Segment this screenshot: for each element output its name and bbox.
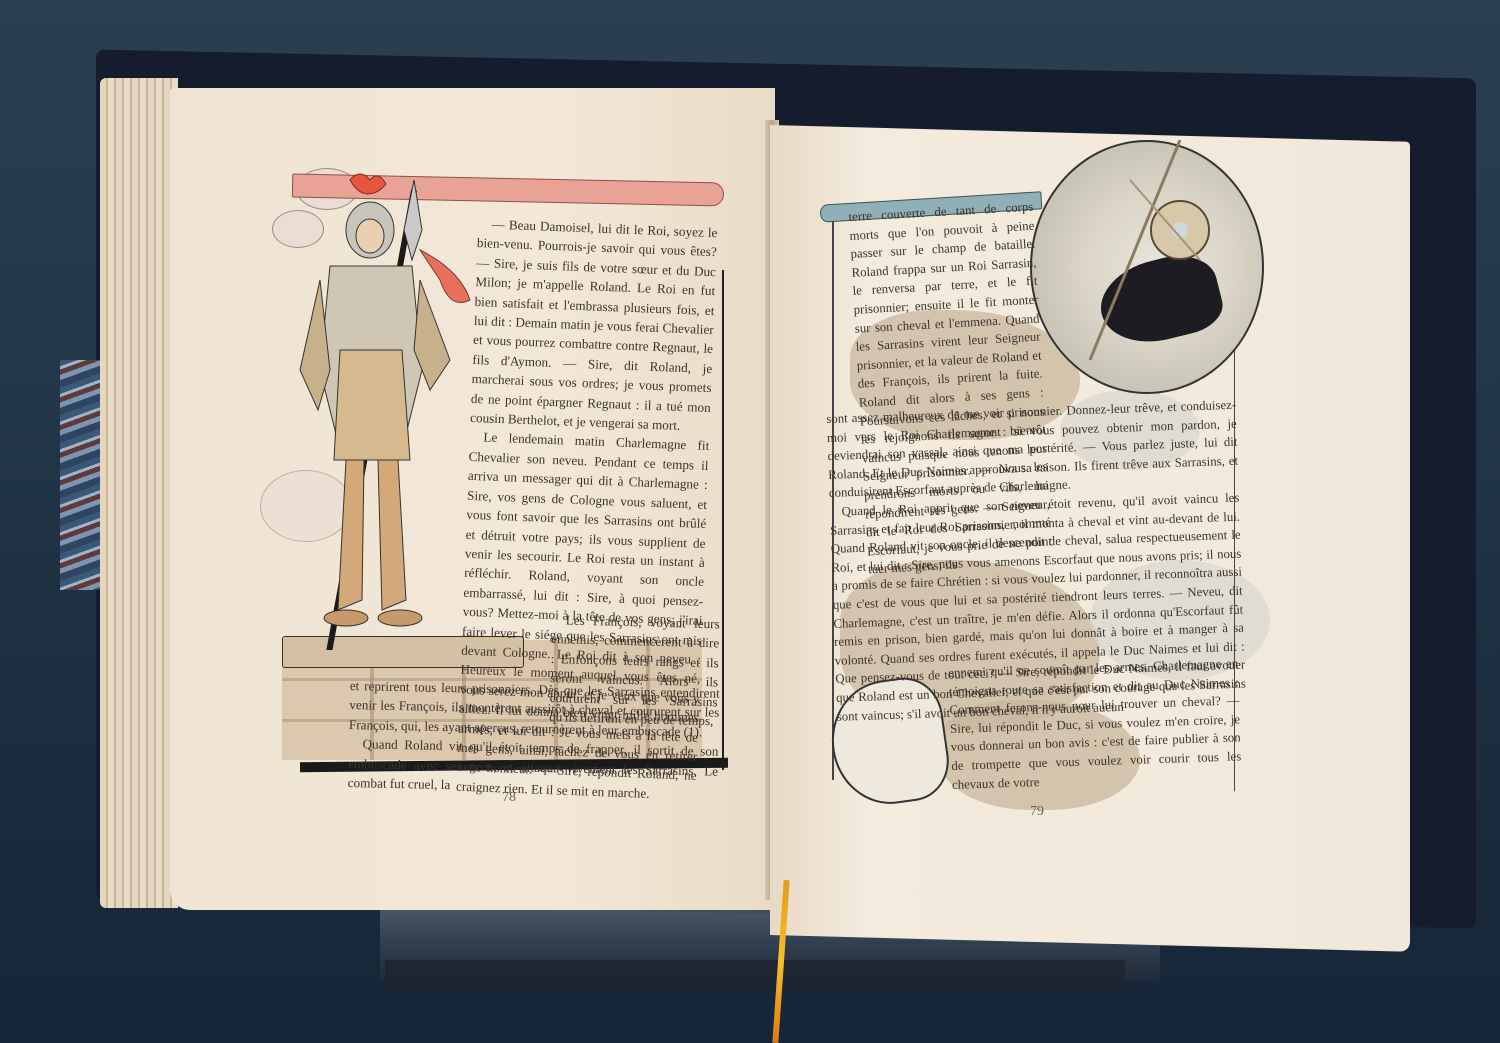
paragraph: ennemi qu'il ne soumît par les armes. Ch… <box>948 654 1242 794</box>
paragraph: Quand Roland vit qu'il étoit temps de fr… <box>348 734 719 800</box>
right-text-block-bottom: ennemi qu'il ne soumît par les armes. Ch… <box>948 654 1242 794</box>
book-stand-base <box>385 960 1125 990</box>
knight-illustration <box>290 170 490 650</box>
paragraph: sont assez malheureux de me voir prisonn… <box>826 396 1239 503</box>
page-number-left: 78 <box>502 790 516 806</box>
page-number-right: 79 <box>1030 804 1044 820</box>
lance-illustration <box>1050 140 1250 380</box>
left-text-block-bottom: et reprirent tous leurs prisonniers. Dès… <box>348 676 720 800</box>
paragraph: et reprirent tous leurs prisonniers. Dès… <box>349 676 720 742</box>
marbled-endpaper <box>60 360 100 590</box>
paragraph: — Beau Damoisel, lui dit le Roi, soyez l… <box>470 214 718 437</box>
page-edges <box>100 78 178 908</box>
